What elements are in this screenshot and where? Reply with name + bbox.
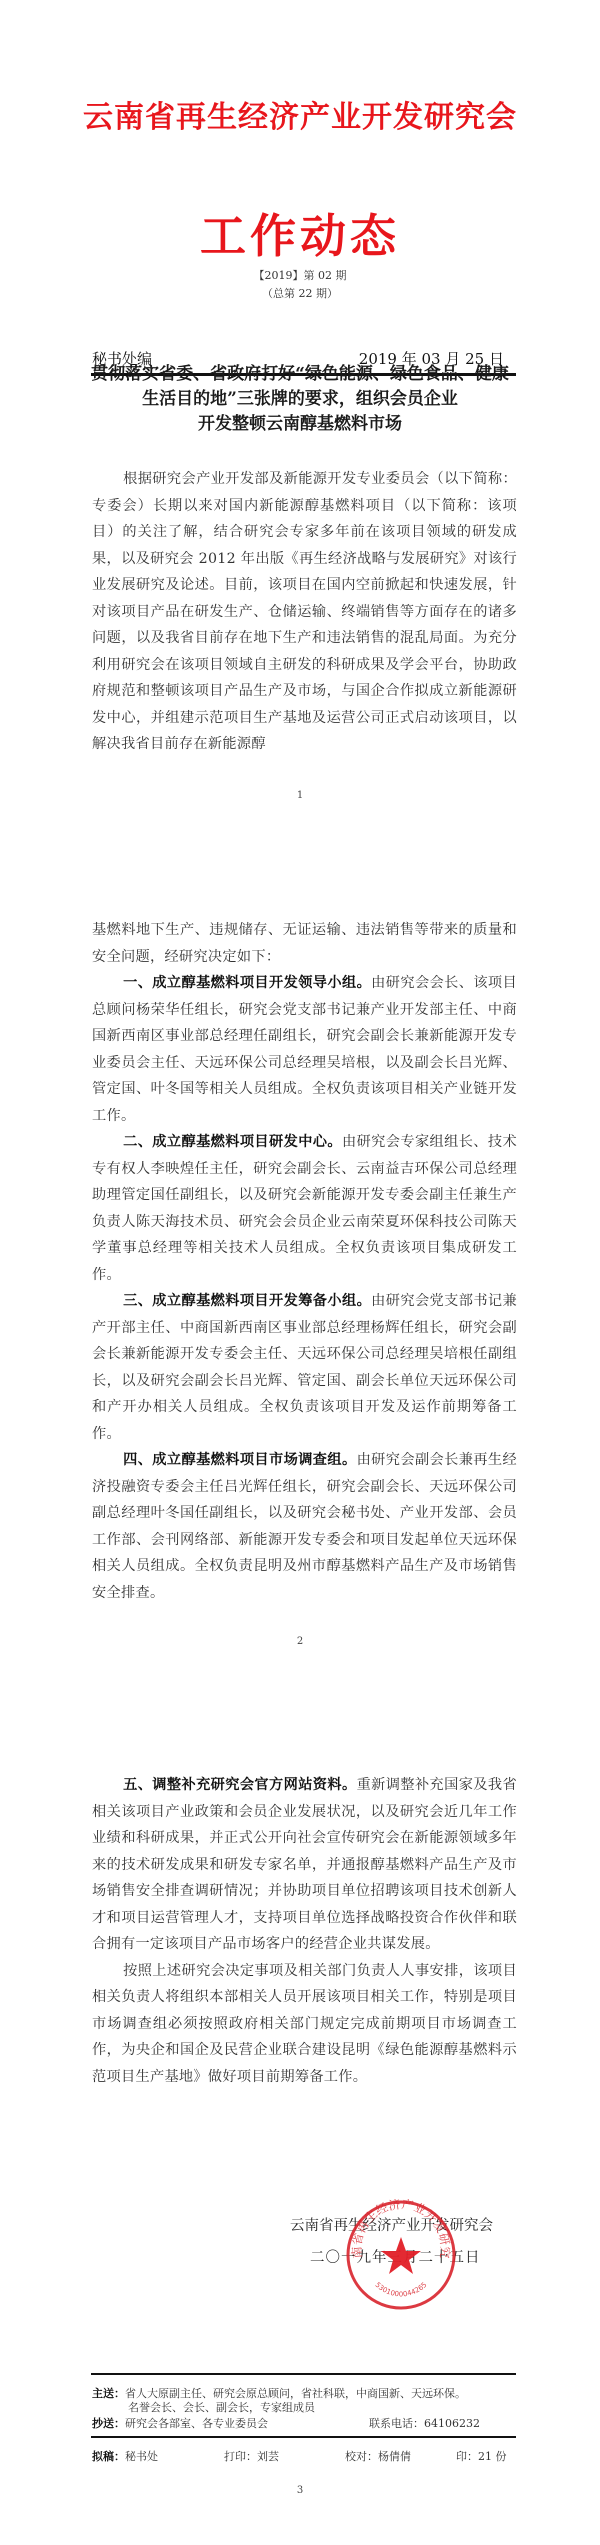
- section-heading: 一、成立醇基燃料项目开发领导小组。: [123, 975, 371, 991]
- org-title: 云南省再生经济产业开发研究会: [0, 92, 600, 136]
- section-heading: 二、成立醇基燃料项目研发中心。: [123, 1134, 342, 1150]
- total-issue-number: （总第 22 期）: [0, 285, 600, 301]
- headline-line: 生活目的地”三张牌的要求，组织会员企业: [60, 387, 540, 412]
- section-heading: 四、成立醇基燃料项目市场调查组。: [123, 1452, 357, 1468]
- cc-label: 抄送：: [92, 2417, 125, 2430]
- seal-icon: 云南省再生经济产业开发研究会 5301000044265: [345, 2199, 457, 2311]
- copies-printed: 印：21 份: [456, 2448, 526, 2464]
- page-number: 2: [0, 1636, 600, 1647]
- page-number: 3: [0, 2485, 600, 2496]
- official-seal: 云南省再生经济产业开发研究会 5301000044265: [345, 2199, 457, 2311]
- drafter: 拟稿：秘书处: [92, 2448, 182, 2464]
- body-paragraph: 根据研究会产业开发部及新能源开发专业委员会（以下简称：专委会）长期以来对国内新能…: [92, 466, 517, 758]
- body-paragraph: 按照上述研究会决定事项及相关部门负责人人事安排，该项目相关负责人将组织本部相关人…: [92, 1958, 517, 2091]
- section-three: 三、成立醇基燃料项目开发筹备小组。由研究会党支部书记兼产开部主任、中商国新西南区…: [92, 1288, 517, 1447]
- contact-phone: 联系电话：64106232: [369, 2415, 529, 2431]
- typist: 打印：刘芸: [224, 2448, 314, 2464]
- proofreader: 校对：杨倩倩: [345, 2448, 435, 2464]
- page-3-body: 五、调整补充研究会官方网站资料。重新调整补充国家及我省相关该项目产业政策和会员企…: [92, 1772, 517, 2090]
- section-two: 二、成立醇基燃料项目研发中心。由研究会专家组组长、技术专有权人李映煌任主任，研究…: [92, 1129, 517, 1288]
- footer-bottom-divider: [91, 2436, 516, 2438]
- headline-line: 贯彻落实省委、省政府打好“绿色能源、绿色食品、健康: [60, 362, 540, 387]
- section-four: 四、成立醇基燃料项目市场调查组。由研究会副会长兼再生经济投融资专委会主任吕光辉任…: [92, 1447, 517, 1606]
- issue-number: 【2019】第 02 期: [0, 267, 600, 283]
- main-recipients-line2: 名誉会长、会长、副会长，专家组成员: [128, 2399, 508, 2415]
- section-one: 一、成立醇基燃料项目开发领导小组。由研究会会长、该项目总顾问杨荣华任组长，研究会…: [92, 970, 517, 1129]
- headline-line: 开发整顿云南醇基燃料市场: [60, 412, 540, 437]
- page-2-body: 基燃料地下生产、违规储存、无证运输、违法销售等带来的质量和安全问题，经研究决定如…: [92, 917, 517, 1606]
- svg-text:5301000044265: 5301000044265: [374, 2281, 429, 2299]
- doc-title: 工作动态: [0, 200, 600, 266]
- section-heading: 三、成立醇基燃料项目开发筹备小组。: [123, 1293, 371, 1309]
- headline: 贯彻落实省委、省政府打好“绿色能源、绿色食品、健康 生活目的地”三张牌的要求，组…: [60, 362, 540, 437]
- page-number: 1: [0, 790, 600, 801]
- footer-top-divider: [91, 2373, 516, 2375]
- section-heading: 五、调整补充研究会官方网站资料。: [123, 1777, 357, 1793]
- section-five: 五、调整补充研究会官方网站资料。重新调整补充国家及我省相关该项目产业政策和会员企…: [92, 1772, 517, 1958]
- body-paragraph: 基燃料地下生产、违规储存、无证运输、违法销售等带来的质量和安全问题，经研究决定如…: [92, 917, 517, 970]
- main-recipients-label: 主送：: [92, 2387, 125, 2400]
